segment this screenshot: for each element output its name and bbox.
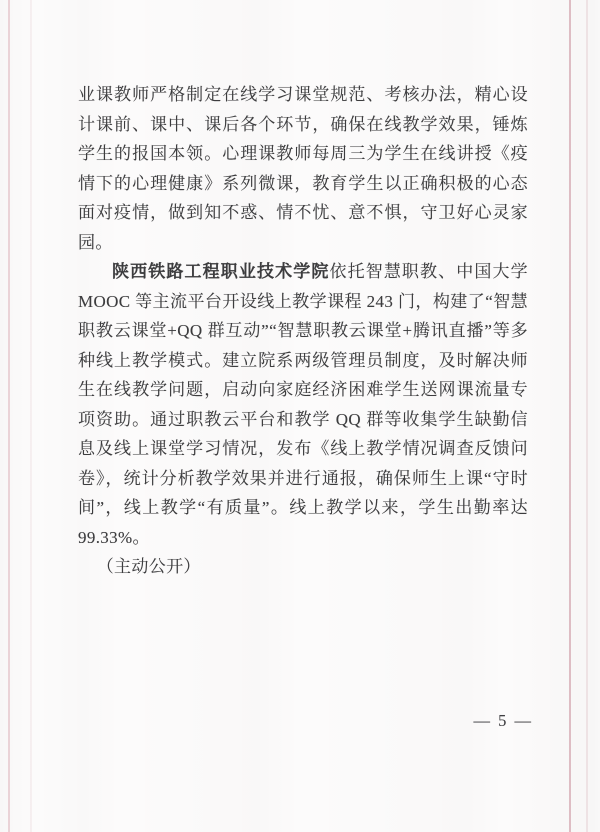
left-margin-rule-line <box>8 0 10 832</box>
paragraph-main-text: 依托智慧职教、中国大学MOOC 等主流平台开设线上教学课程 243 门，构建了“… <box>78 262 528 547</box>
page-number: — 5 — <box>474 711 534 731</box>
left-margin-rule-line-faint <box>30 0 32 832</box>
disclosure-note: （主动公开） <box>78 552 528 582</box>
document-body: 业课教师严格制定在线学习课堂规范、考核办法，精心设计课前、课中、课后各个环节，确… <box>78 80 528 582</box>
right-margin-rule-line-faint <box>586 0 588 832</box>
document-page: 业课教师严格制定在线学习课堂规范、考核办法，精心设计课前、课中、课后各个环节，确… <box>0 0 600 832</box>
paragraph-continuation: 业课教师严格制定在线学习课堂规范、考核办法，精心设计课前、课中、课后各个环节，确… <box>78 80 528 257</box>
right-margin-rule-line <box>569 0 571 832</box>
paragraph-main: 陕西铁路工程职业技术学院依托智慧职教、中国大学MOOC 等主流平台开设线上教学课… <box>78 257 528 552</box>
organization-name: 陕西铁路工程职业技术学院 <box>112 262 329 281</box>
